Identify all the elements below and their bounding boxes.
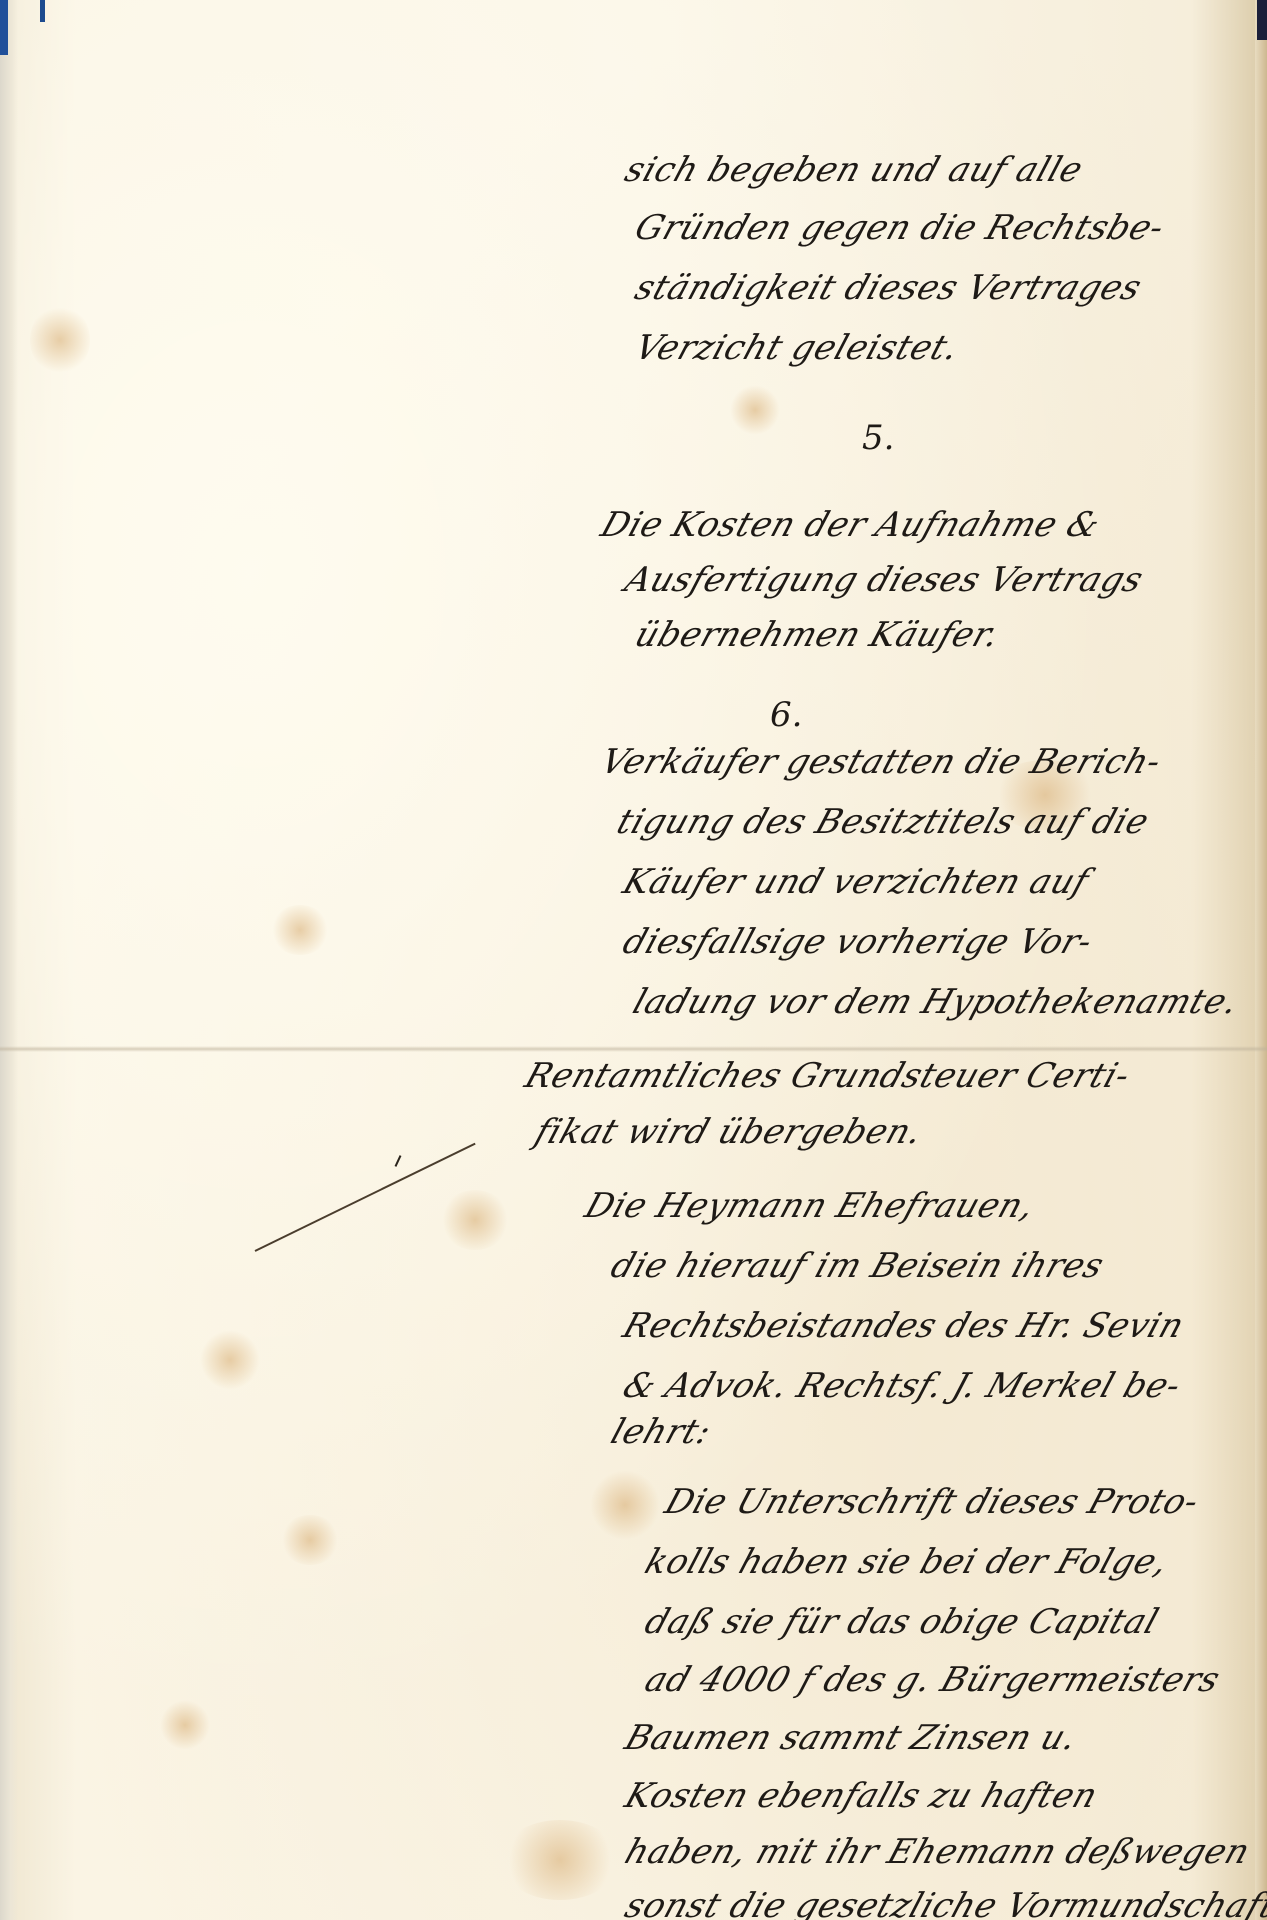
stain	[500, 1820, 620, 1900]
text-line: Käufer und verzichten auf	[618, 862, 1094, 902]
text-line: Die Unterschrift dieses Proto-	[660, 1482, 1204, 1522]
blue-binding-tab	[0, 0, 8, 55]
text-line: diesfallsige vorherige Vor-	[618, 922, 1098, 962]
text-line: Baumen sammt Zinsen u.	[620, 1718, 1082, 1758]
text-line: Rechtsbeistandes des Hr. Sevin	[618, 1306, 1189, 1346]
text-line: Kosten ebenfalls zu haften	[620, 1776, 1103, 1816]
text-line: Rentamtliches Grundsteuer Certi-	[520, 1056, 1135, 1096]
page-right-edge	[1255, 0, 1267, 1920]
text-line: Verkäufer gestatten die Berich-	[596, 742, 1166, 782]
stain	[730, 385, 780, 435]
text-line: fikat wird übergeben.	[530, 1112, 928, 1152]
text-line: kolls haben sie bei der Folge,	[640, 1542, 1173, 1582]
text-line: Ausfertigung dieses Vertrags	[620, 560, 1148, 600]
text-line: daß sie für das obige Capital	[640, 1602, 1164, 1642]
stain	[160, 1700, 210, 1750]
dark-corner	[1257, 0, 1267, 40]
margin-tick-mark	[395, 1155, 402, 1167]
text-line: die hierauf im Beisein ihres	[606, 1246, 1109, 1286]
stain	[440, 1190, 510, 1250]
section-number-6: 6.	[770, 695, 802, 735]
document-page: sich begeben und auf alle Gründen gegen …	[0, 0, 1267, 1920]
text-line: ladung vor dem Hypothekenamte.	[628, 982, 1243, 1022]
text-line: ständigkeit dieses Vertrages	[630, 268, 1147, 308]
stain	[590, 1470, 660, 1540]
text-line: haben, mit ihr Ehemann deßwegen	[620, 1832, 1255, 1872]
text-line: sich begeben und auf alle	[620, 150, 1088, 190]
blue-binding-tab-2	[40, 0, 45, 22]
page-left-edge	[0, 0, 18, 1920]
stain	[280, 1515, 340, 1565]
text-line: Verzicht geleistet.	[630, 328, 964, 368]
section-number-5: 5.	[862, 418, 894, 458]
text-line: Die Heymann Ehefrauen,	[580, 1186, 1040, 1226]
text-line: & Advok. Rechtsf. J. Merkel be-	[618, 1366, 1186, 1406]
stain	[200, 1330, 260, 1390]
paper-fold-line	[0, 1046, 1267, 1052]
text-line: tigung des Besitztitels auf die	[612, 802, 1154, 842]
text-line: ad 4000 f des g. Bürgermeisters	[640, 1660, 1225, 1700]
text-line: sonst die gesetzliche Vormundschaft	[620, 1886, 1267, 1920]
margin-diagonal-stroke	[255, 1143, 476, 1252]
text-line: Die Kosten der Aufnahme &	[596, 505, 1105, 545]
stain	[30, 305, 90, 375]
text-line: übernehmen Käufer.	[630, 615, 1005, 655]
text-line: Gründen gegen die Rechtsbe-	[630, 208, 1169, 248]
stain	[270, 905, 330, 955]
text-line: lehrt:	[606, 1412, 716, 1452]
